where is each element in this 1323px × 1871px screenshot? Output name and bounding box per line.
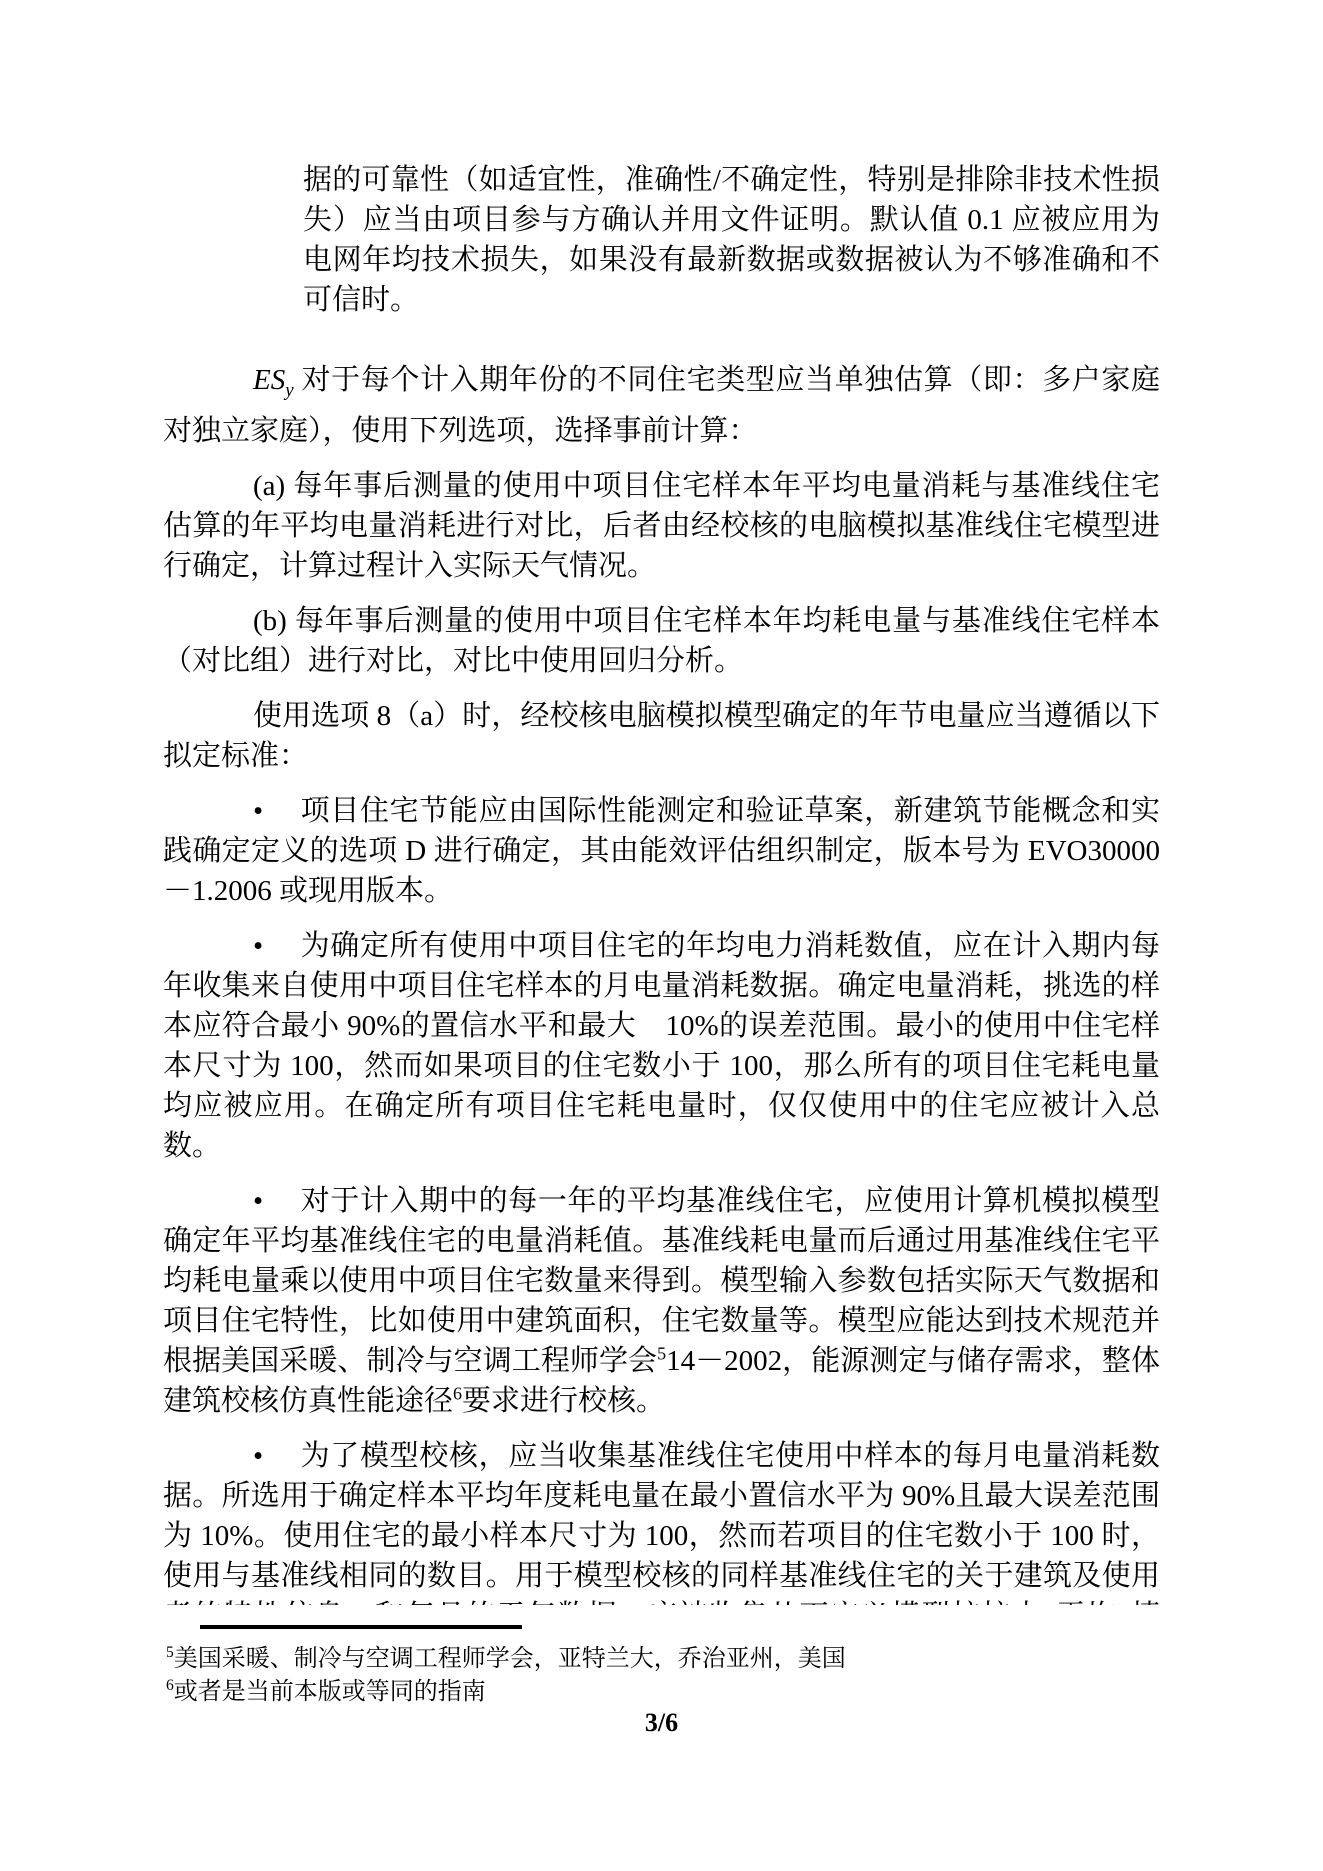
bullet-item-model-calibration: •为了模型校核，应当收集基准线住宅使用中样本的每月电量消耗数据。所选用于确定样本… [163, 1436, 1160, 1605]
footnotes-section: 5美国采暖、制冷与空调工程师学会，亚特兰大，乔治亚州，美国 6或者是当前本版或等… [166, 1643, 1160, 1709]
paragraph-es-estimation: ESy 对于每个计入期年份的不同住宅类型应当单独估算（即：多户家庭对独立家庭），… [163, 360, 1160, 451]
document-page: 据的可靠性（如适宜性，准确性/不确定性，特别是排除非技术性损失）应当由项目参与方… [0, 0, 1323, 1871]
bullet-item-ipmvp: •项目住宅节能应由国际性能测定和验证草案，新建筑节能概念和实践确定定义的选项 D… [163, 791, 1160, 911]
bullet-icon: • [253, 1436, 300, 1476]
bullet-item-model-calibration-text: 为了模型校核，应当收集基准线住宅使用中样本的每月电量消耗数据。所选用于确定样本平… [163, 1440, 1160, 1605]
footnote-5: 5美国采暖、制冷与空调工程师学会，亚特兰大，乔治亚州，美国 [166, 1643, 1160, 1676]
es-estimation-text: 对于每个计入期年份的不同住宅类型应当单独估算（即：多户家庭对独立家庭），使用下列… [163, 364, 1160, 447]
paragraph-quote-continuation: 据的可靠性（如适宜性，准确性/不确定性，特别是排除非技术性损失）应当由项目参与方… [303, 160, 1160, 320]
footnote-6-marker: 6 [166, 1677, 174, 1694]
footnote-5-text: 美国采暖、制冷与空调工程师学会，亚特兰大，乔治亚州，美国 [174, 1646, 846, 1672]
bullet-icon: • [253, 1181, 300, 1221]
footnote-ref-5: 5 [657, 1343, 666, 1363]
bullet-item-consumption-sampling-text: 为确定所有使用中项目住宅的年均电力消耗数值，应在计入期内每年收集来自使用中项目住… [163, 930, 1160, 1162]
paragraph-option-8a-intro: 使用选项 8（a）时，经校核电脑模拟模型确定的年节电量应当遵循以下拟定标准： [163, 696, 1160, 776]
bullet-icon: • [253, 791, 300, 831]
footnote-ref-6: 6 [453, 1383, 462, 1403]
bullet-item-consumption-sampling: •为确定所有使用中项目住宅的年均电力消耗数值，应在计入期内每年收集来自使用中项目… [163, 926, 1160, 1166]
es-variable-main: ES [253, 364, 285, 396]
page-number: 3/6 [0, 1708, 1323, 1738]
es-variable-subscript: y [285, 380, 293, 401]
bullet-item-baseline-model: •对于计入期中的每一年的平均基准线住宅，应使用计算机模拟模型确定年平均基准线住宅… [163, 1181, 1160, 1421]
es-variable: ESy [253, 364, 294, 396]
document-body: 据的可靠性（如适宜性，准确性/不确定性，特别是排除非技术性损失）应当由项目参与方… [163, 0, 1160, 1605]
footnote-separator-line [200, 1625, 522, 1629]
paragraph-option-b: (b) 每年事后测量的使用中项目住宅样本年均耗电量与基准线住宅样本（对比组）进行… [163, 601, 1160, 681]
footnote-6: 6或者是当前本版或等同的指南 [166, 1676, 1160, 1709]
bullet-icon: • [253, 926, 300, 966]
paragraph-option-a: (a) 每年事后测量的使用中项目住宅样本年平均电量消耗与基准线住宅估算的年平均电… [163, 466, 1160, 586]
footnote-5-marker: 5 [166, 1644, 174, 1661]
footnote-6-text: 或者是当前本版或等同的指南 [174, 1679, 486, 1705]
bullet-item-ipmvp-text: 项目住宅节能应由国际性能测定和验证草案，新建筑节能概念和实践确定定义的选项 D … [163, 795, 1160, 907]
bullet-item-baseline-model-text-3: 要求进行校核。 [462, 1385, 665, 1417]
